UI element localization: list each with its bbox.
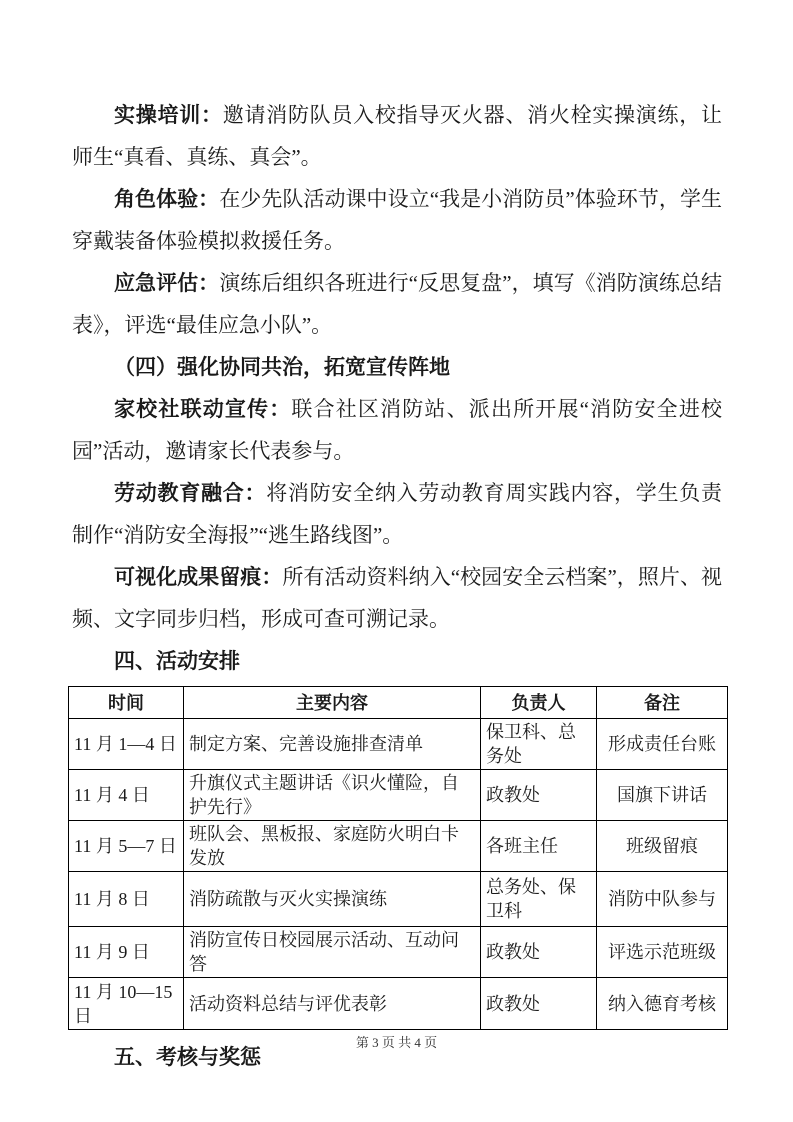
document-page: 实操培训：邀请消防队员入校指导灭火器、消火栓实操演练，让师生“真看、真练、真会”… — [0, 0, 793, 1122]
paragraph-practical-training: 实操培训：邀请消防队员入校指导灭火器、消火栓实操演练，让师生“真看、真练、真会”… — [72, 94, 722, 178]
paragraph-visible-results: 可视化成果留痕：所有活动资料纳入“校园安全云档案”，照片、视频、文字同步归档，形… — [72, 556, 722, 640]
column-header-time: 时间 — [69, 687, 184, 719]
cell-content: 消防宣传日校园展示活动、互动问答 — [184, 927, 481, 978]
cell-note: 形成责任台账 — [597, 719, 728, 770]
cell-time: 11 月 9 日 — [69, 927, 184, 978]
table-row: 11 月 5—7 日 班队会、黑板报、家庭防火明白卡发放 各班主任 班级留痕 — [69, 821, 728, 872]
section-heading-activities: 四、活动安排 — [72, 640, 722, 682]
cell-owner: 政教处 — [481, 978, 597, 1030]
page-number-footer: 第 3 页 共 4 页 — [0, 1034, 793, 1052]
cell-time: 11 月 8 日 — [69, 872, 184, 927]
paragraph-lead: 可视化成果留痕： — [114, 565, 282, 589]
cell-time: 11 月 10—15 日 — [69, 978, 184, 1030]
column-header-note: 备注 — [597, 687, 728, 719]
paragraph-lead: 劳动教育融合： — [114, 481, 266, 505]
table-row: 11 月 9 日 消防宣传日校园展示活动、互动问答 政教处 评选示范班级 — [69, 927, 728, 978]
document-body: 实操培训：邀请消防队员入校指导灭火器、消火栓实操演练，让师生“真看、真练、真会”… — [72, 94, 722, 682]
paragraph-home-school-community: 家校社联动宣传：联合社区消防站、派出所开展“消防安全进校园”活动，邀请家长代表参… — [72, 388, 722, 472]
column-header-owner: 负责人 — [481, 687, 597, 719]
table-row: 11 月 10—15 日 活动资料总结与评优表彰 政教处 纳入德育考核 — [69, 978, 728, 1030]
paragraph-lead: 实操培训： — [114, 103, 223, 127]
table-row: 11 月 1—4 日 制定方案、完善设施排查清单 保卫科、总务处 形成责任台账 — [69, 719, 728, 770]
paragraph-lead: 角色体验： — [114, 187, 219, 211]
cell-time: 11 月 5—7 日 — [69, 821, 184, 872]
subsection-heading-four: （四）强化协同共治，拓宽宣传阵地 — [72, 346, 722, 388]
paragraph-lead: 应急评估： — [114, 271, 219, 295]
column-header-content: 主要内容 — [184, 687, 481, 719]
cell-note: 国旗下讲话 — [597, 770, 728, 821]
paragraph-emergency-evaluation: 应急评估：演练后组织各班进行“反思复盘”，填写《消防演练总结表》，评选“最佳应急… — [72, 262, 722, 346]
cell-content: 升旗仪式主题讲话《识火懂险，自护先行》 — [184, 770, 481, 821]
cell-content: 制定方案、完善设施排查清单 — [184, 719, 481, 770]
cell-owner: 总务处、保卫科 — [481, 872, 597, 927]
cell-note: 消防中队参与 — [597, 872, 728, 927]
cell-content: 活动资料总结与评优表彰 — [184, 978, 481, 1030]
table-header-row: 时间 主要内容 负责人 备注 — [69, 687, 728, 719]
cell-content: 消防疏散与灭火实操演练 — [184, 872, 481, 927]
cell-note: 评选示范班级 — [597, 927, 728, 978]
cell-owner: 政教处 — [481, 927, 597, 978]
paragraph-role-experience: 角色体验：在少先队活动课中设立“我是小消防员”体验环节，学生穿戴装备体验模拟救援… — [72, 178, 722, 262]
cell-content: 班队会、黑板报、家庭防火明白卡发放 — [184, 821, 481, 872]
cell-time: 11 月 4 日 — [69, 770, 184, 821]
paragraph-labor-education: 劳动教育融合：将消防安全纳入劳动教育周实践内容，学生负责制作“消防安全海报”“逃… — [72, 472, 722, 556]
cell-note: 纳入德育考核 — [597, 978, 728, 1030]
cell-time: 11 月 1—4 日 — [69, 719, 184, 770]
cell-owner: 政教处 — [481, 770, 597, 821]
activity-schedule-table: 时间 主要内容 负责人 备注 11 月 1—4 日 制定方案、完善设施排查清单 … — [68, 686, 728, 1030]
table-row: 11 月 8 日 消防疏散与灭火实操演练 总务处、保卫科 消防中队参与 — [69, 872, 728, 927]
cell-owner: 各班主任 — [481, 821, 597, 872]
paragraph-lead: 家校社联动宣传： — [114, 397, 291, 421]
table-row: 11 月 4 日 升旗仪式主题讲话《识火懂险，自护先行》 政教处 国旗下讲话 — [69, 770, 728, 821]
cell-owner: 保卫科、总务处 — [481, 719, 597, 770]
cell-note: 班级留痕 — [597, 821, 728, 872]
